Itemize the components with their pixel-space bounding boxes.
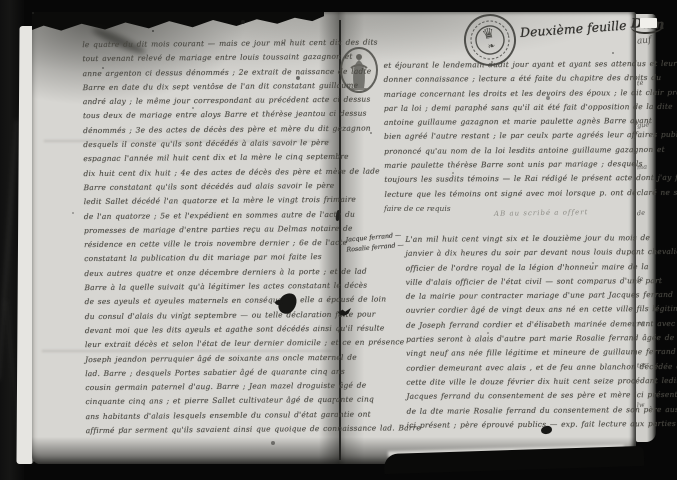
handwriting-line: ouvrier cordier âgé de vingt deux ans né… — [406, 303, 638, 319]
ink-blot-small — [540, 425, 552, 434]
handwriting-line: parties seront à alais d'autre part mari… — [406, 331, 638, 347]
margin-note: Jacque ferrand —Rosalie ferrand — — [345, 230, 408, 254]
scanned-register-photo: { "document": { "kind_label": "Registre … — [0, 0, 677, 480]
handwriting-line: vingt neuf ans née fille légitime et min… — [406, 346, 638, 362]
handwriting-line: de la mairie pour contracter mariage d'u… — [406, 288, 638, 304]
closing-line: faire de ce requis — [384, 202, 451, 216]
edge-text-fragment: de — [637, 210, 646, 218]
handwriting-line: cette dite ville le douze février dix hu… — [406, 374, 638, 390]
header-inscription-text: Deuxième feuille — [520, 18, 627, 40]
handwriting-line: cordier demeurant avec alais , et de feu… — [406, 360, 638, 376]
handwriting-line: de Joseph ferrand cordier et d'élisabeth… — [406, 317, 638, 333]
torn-top-edge — [32, 12, 324, 31]
foxing-specks — [32, 12, 34, 14]
handwriting-line: Jacques ferrand du consentement de ses p… — [406, 388, 638, 404]
handwriting-line: de la dte marie Rosalie ferrand du conse… — [407, 403, 639, 419]
handwriting-line: officier de l'ordre royal de la légion d… — [406, 260, 638, 276]
right-page-paragraph-2: L'an mil huit cent vingt six et le douzi… — [405, 231, 638, 433]
paper-notch — [640, 18, 657, 28]
right-page-paragraph-1: et éjourant le lendemain dudit jour ayan… — [384, 57, 635, 202]
handwriting-line: affirmé par serment qu'ils savaient ains… — [86, 422, 338, 438]
handwriting-line: ville d'alais officier de l'état civil —… — [406, 274, 638, 290]
register-spread: Deuxième feuilleDam ♛ ❧ le quatre du dit… — [32, 12, 636, 464]
handwriting-line: lecture que les témoins ont signé avec m… — [384, 186, 634, 202]
left-page-text: le quatre du dit mois courant — mais ce … — [82, 36, 337, 438]
signature-line: AB au scribé a offert — [494, 207, 589, 219]
handwriting-line: L'an mil huit cent vingt six et le douzi… — [405, 231, 637, 247]
handwriting-line: ici présent ; père éprouvé publics — exp… — [407, 417, 639, 433]
handwriting-line: janvier à dix heures du soir par devant … — [405, 245, 637, 261]
edge-text-fragment: auf — [637, 37, 652, 45]
